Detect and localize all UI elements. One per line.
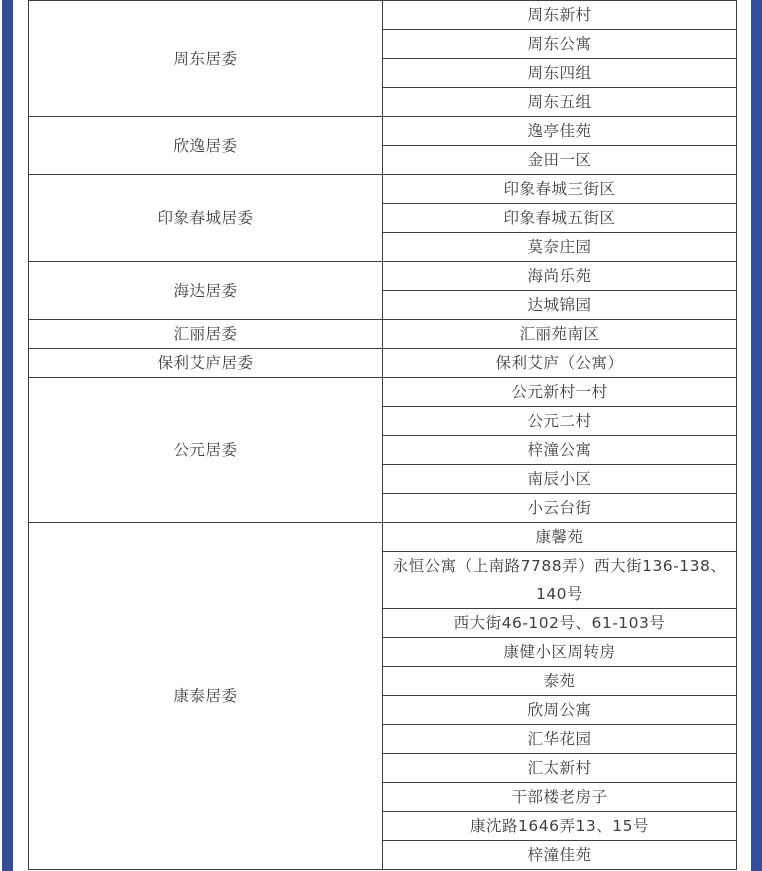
community-cell: 汇华花园 xyxy=(383,725,737,754)
community-cell: 公元新村一村 xyxy=(383,378,737,407)
committee-cell: 公元居委 xyxy=(29,378,383,523)
community-cell: 欣周公寓 xyxy=(383,696,737,725)
community-cell: 莫奈庄园 xyxy=(383,233,737,262)
table-row: 公元居委公元新村一村 xyxy=(29,378,737,407)
community-cell: 康健小区周转房 xyxy=(383,638,737,667)
table-row: 康泰居委康馨苑 xyxy=(29,523,737,552)
community-cell: 达城锦园 xyxy=(383,291,737,320)
community-cell: 南辰小区 xyxy=(383,465,737,494)
table-row: 海达居委海尚乐苑 xyxy=(29,262,737,291)
committee-cell: 欣逸居委 xyxy=(29,117,383,175)
committee-community-table: 周东居委周东新村周东公寓周东四组周东五组欣逸居委逸亭佳苑金田一区印象春城居委印象… xyxy=(28,0,737,870)
table-row: 周东居委周东新村 xyxy=(29,1,737,30)
community-cell: 保利艾庐（公寓） xyxy=(383,349,737,378)
committee-cell: 周东居委 xyxy=(29,1,383,117)
community-cell: 泰苑 xyxy=(383,667,737,696)
community-cell: 梓潼公寓 xyxy=(383,436,737,465)
left-accent-bar xyxy=(2,0,13,871)
community-cell: 周东新村 xyxy=(383,1,737,30)
community-cell: 小云台街 xyxy=(383,494,737,523)
community-cell: 汇太新村 xyxy=(383,754,737,783)
community-cell: 梓潼佳苑 xyxy=(383,841,737,870)
committee-cell: 汇丽居委 xyxy=(29,320,383,349)
community-cell: 康沈路1646弄13、15号 xyxy=(383,812,737,841)
community-cell: 印象春城五街区 xyxy=(383,204,737,233)
committee-cell: 康泰居委 xyxy=(29,523,383,870)
community-cell: 周东五组 xyxy=(383,88,737,117)
community-cell: 周东四组 xyxy=(383,59,737,88)
right-accent-bar xyxy=(751,0,762,871)
community-cell: 西大街46-102号、61-103号 xyxy=(383,609,737,638)
community-cell: 金田一区 xyxy=(383,146,737,175)
community-cell: 干部楼老房子 xyxy=(383,783,737,812)
community-cell: 周东公寓 xyxy=(383,30,737,59)
community-cell: 康馨苑 xyxy=(383,523,737,552)
community-cell: 海尚乐苑 xyxy=(383,262,737,291)
community-cell: 印象春城三街区 xyxy=(383,175,737,204)
committee-cell: 保利艾庐居委 xyxy=(29,349,383,378)
community-cell: 汇丽苑南区 xyxy=(383,320,737,349)
community-cell: 永恒公寓（上南路7788弄）西大街136-138、140号 xyxy=(383,552,737,609)
table-row: 印象春城居委印象春城三街区 xyxy=(29,175,737,204)
community-cell: 公元二村 xyxy=(383,407,737,436)
community-cell: 逸亭佳苑 xyxy=(383,117,737,146)
table-row: 欣逸居委逸亭佳苑 xyxy=(29,117,737,146)
table-row: 保利艾庐居委保利艾庐（公寓） xyxy=(29,349,737,378)
committee-cell: 海达居委 xyxy=(29,262,383,320)
table-row: 汇丽居委汇丽苑南区 xyxy=(29,320,737,349)
committee-cell: 印象春城居委 xyxy=(29,175,383,262)
